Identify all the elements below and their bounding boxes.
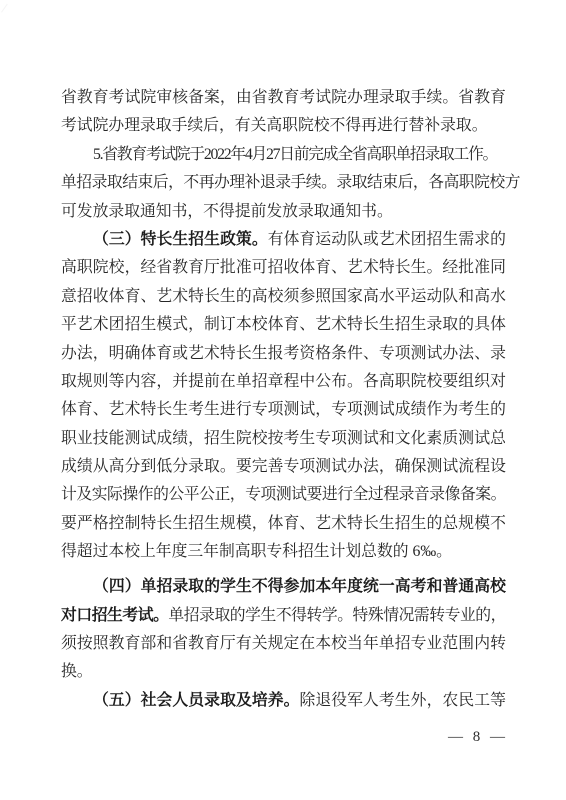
text-line: （三）特长生招生政策。有体育运动队或艺术团招生需求的 — [61, 226, 506, 254]
text-line: 换。 — [61, 658, 506, 686]
text-line: 平艺术团招生模式，制订本校体育、艺术特长生招生录取的具体 — [61, 311, 506, 339]
text-line: （四）单招录取的学生不得参加本年度统一高考和普通高校 — [61, 573, 506, 601]
line-text: 意招收体育、艺术特长生的高校须参照国家高水平运动队和高水 — [61, 288, 506, 305]
line-text: 要严格控制特长生招生规模，体育、艺术特长生招生的总规模不 — [61, 515, 506, 532]
text-line: 成绩从高分到低分录取。要完善专项测试办法，确保测试流程设 — [61, 453, 506, 481]
line-text: 计及实际操作的公平公正，专项测试要进行全过程录音录像备案。 — [61, 486, 506, 503]
line-text: 须按照教育部和省教育厅有关规定在本校当年单招专业范围内转 — [61, 635, 506, 652]
scan-artifact — [1, 4, 16, 19]
text-line: 办法，明确体育或艺术特长生报考资格条件、专项测试办法、录 — [61, 340, 506, 368]
paragraph-item-5: 5.省教育考试院于2022年4月27日前完成全省高职单招录取工作。 单招录取结束… — [61, 141, 506, 226]
line-text: 职业技能测试成绩，招生院校按考生专项测试和文化素质测试总 — [61, 430, 506, 447]
text-line: 意招收体育、艺术特长生的高校须参照国家高水平运动队和高水 — [61, 283, 506, 311]
line-text: 体育、艺术特长生考生进行专项测试，专项测试成绩作为考生的 — [61, 401, 506, 418]
text-line: 单招录取结束后，不再办理补退录手续。录取结束后，各高职院校方 — [61, 169, 506, 197]
text-line: 5.省教育考试院于2022年4月27日前完成全省高职单招录取工作。 — [61, 141, 506, 169]
text-line: 须按照教育部和省教育厅有关规定在本校当年单招专业范围内转 — [61, 630, 506, 658]
section-heading-bold: （三）特长生招生政策。 — [93, 231, 268, 248]
line-text: 平艺术团招生模式，制订本校体育、艺术特长生招生录取的具体 — [61, 316, 506, 333]
text-line: 取规则等内容，并提前在单招章程中公布。各高职院校要组织对 — [61, 368, 506, 396]
line-text: 省教育考试院审核备案，由省教育考试院办理录取手续。省教育 — [61, 89, 506, 106]
text-line: 对口招生考试。单招录取的学生不得转学。特殊情况需转专业的， — [61, 602, 506, 630]
page-number: — 8 — — [448, 729, 508, 746]
body-text: 省教育考试院审核备案，由省教育考试院办理录取手续。省教育 考试院办理录取手续后，… — [61, 84, 506, 715]
section-heading-bold: 对口招生考试。 — [61, 607, 168, 624]
document-page: 省教育考试院审核备案，由省教育考试院办理录取手续。省教育 考试院办理录取手续后，… — [0, 0, 566, 800]
line-text: 成绩从高分到低分录取。要完善专项测试办法，确保测试流程设 — [61, 458, 506, 475]
text-line: 计及实际操作的公平公正，专项测试要进行全过程录音录像备案。 — [61, 481, 506, 509]
line-text: 单招录取结束后，不再办理补退录手续。录取结束后，各高职院校方 — [61, 174, 520, 191]
line-text: 可发放录取通知书，不得提前发放录取通知书。 — [61, 203, 393, 220]
text-line: 要严格控制特长生招生规模，体育、艺术特长生招生的总规模不 — [61, 510, 506, 538]
paragraph-continuation: 省教育考试院审核备案，由省教育考试院办理录取手续。省教育 考试院办理录取手续后，… — [61, 84, 506, 141]
line-text: 单招录取的学生不得转学。特殊情况需转专业的， — [168, 607, 506, 624]
line-text: 高职院校，经省教育厅批准可招收体育、艺术特长生。经批准同 — [61, 259, 506, 276]
line-text: 得超过本校上年度三年制高职专科招生计划总数的 6‰。 — [61, 543, 452, 560]
line-text: 办法，明确体育或艺术特长生报考资格条件、专项测试办法、录 — [61, 345, 506, 362]
section-heading-bold: （四）单招录取的学生不得参加本年度统一高考和普通高校 — [93, 578, 506, 595]
section-heading-bold: （五）社会人员录取及培养。 — [93, 692, 300, 709]
text-line: 得超过本校上年度三年制高职专科招生计划总数的 6‰。 — [61, 538, 506, 566]
line-text: 换。 — [61, 663, 93, 680]
line-text: 有体育运动队或艺术团招生需求的 — [268, 231, 506, 248]
text-line: 可发放录取通知书，不得提前发放录取通知书。 — [61, 198, 506, 226]
text-line: 高职院校，经省教育厅批准可招收体育、艺术特长生。经批准同 — [61, 254, 506, 282]
line-text: 除退役军人考生外，农民工等 — [300, 692, 507, 709]
paragraph-section-5: （五）社会人员录取及培养。除退役军人考生外，农民工等 — [61, 687, 506, 715]
text-line: 省教育考试院审核备案，由省教育考试院办理录取手续。省教育 — [61, 84, 506, 112]
text-line: （五）社会人员录取及培养。除退役军人考生外，农民工等 — [61, 687, 506, 715]
line-text: 5.省教育考试院于2022年4月27日前完成全省高职单招录取工作。 — [93, 146, 497, 163]
text-line: 职业技能测试成绩，招生院校按考生专项测试和文化素质测试总 — [61, 425, 506, 453]
paragraph-section-4: （四）单招录取的学生不得参加本年度统一高考和普通高校 对口招生考试。单招录取的学… — [61, 573, 506, 687]
paragraph-section-3: （三）特长生招生政策。有体育运动队或艺术团招生需求的 高职院校，经省教育厅批准可… — [61, 226, 506, 567]
line-text: 考试院办理录取手续后，有关高职院校不得再进行替补录取。 — [61, 117, 488, 134]
text-line: 体育、艺术特长生考生进行专项测试，专项测试成绩作为考生的 — [61, 396, 506, 424]
text-line: 考试院办理录取手续后，有关高职院校不得再进行替补录取。 — [61, 112, 506, 140]
line-text: 取规则等内容，并提前在单招章程中公布。各高职院校要组织对 — [61, 373, 506, 390]
